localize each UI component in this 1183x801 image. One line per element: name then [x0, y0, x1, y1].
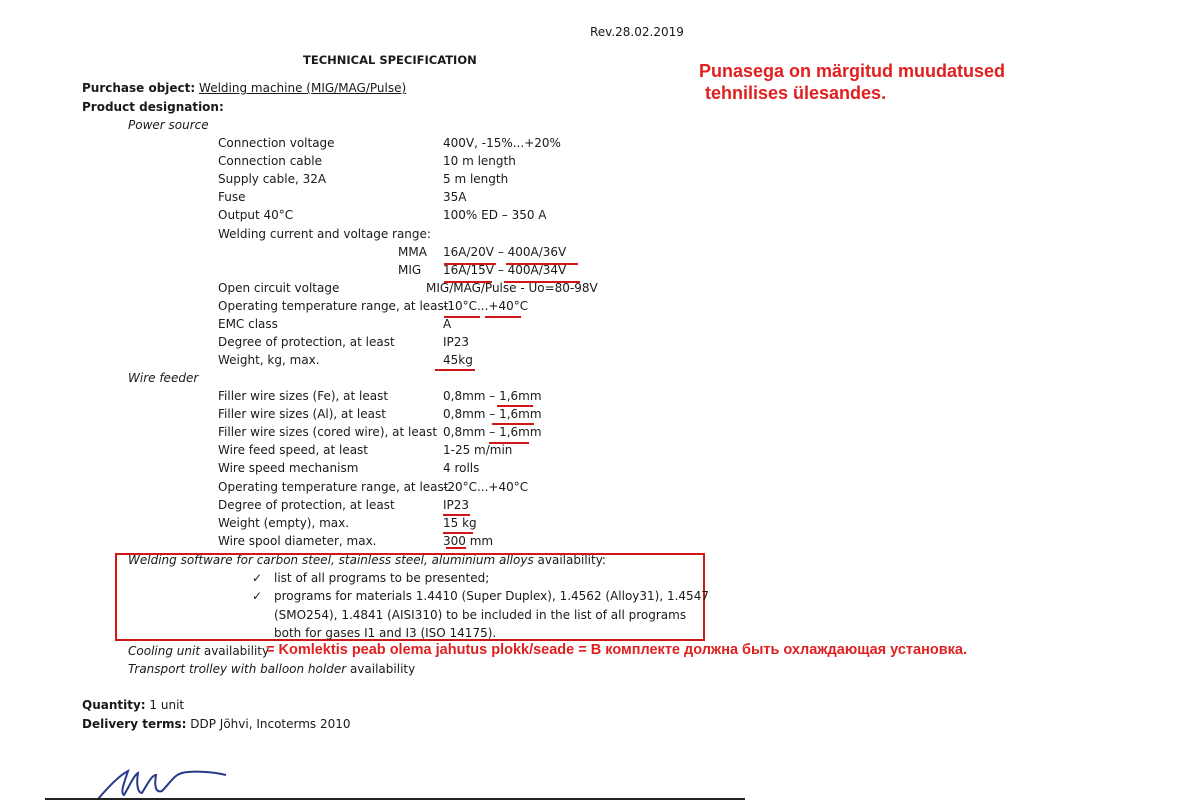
- change-underline: [485, 316, 521, 318]
- annotation-note-line2: tehnilises ülesandes.: [699, 82, 1005, 104]
- purchase-object-value: Welding machine (MIG/MAG/Pulse): [199, 81, 406, 95]
- check-icon: ✓: [252, 589, 262, 603]
- range-mode: MIG: [398, 263, 421, 277]
- spec-label: Connection voltage: [218, 136, 335, 150]
- software-item-1: list of all programs to be presented;: [274, 571, 489, 585]
- spec-label: Wire spool diameter, max.: [218, 534, 377, 548]
- purchase-object-label: Purchase object:: [82, 81, 195, 95]
- purchase-object: Purchase object: Welding machine (MIG/MA…: [82, 81, 406, 95]
- cooling-unit-italic: Cooling unit: [128, 644, 200, 658]
- check-icon: ✓: [252, 571, 262, 585]
- annotation-note-line1: Punasega on märgitud muudatused: [699, 60, 1005, 82]
- change-underline: [435, 369, 475, 371]
- cooling-unit: Cooling unit availability: [128, 644, 269, 658]
- spec-value: -20°C...+40°C: [443, 480, 528, 494]
- spec-value: IP23: [443, 335, 469, 349]
- spec-label: Operating temperature range, at least: [218, 480, 448, 494]
- transport-trolley-suffix: availability: [346, 662, 415, 676]
- signature: [90, 765, 240, 801]
- change-underline: [489, 442, 529, 444]
- quantity-value: 1 unit: [146, 698, 185, 712]
- spec-label: Weight, kg, max.: [218, 353, 320, 367]
- spec-label: Output 40°C: [218, 208, 293, 222]
- wire-feeder-heading: Wire feeder: [128, 371, 198, 385]
- range-mode: MMA: [398, 245, 427, 259]
- change-underline: [444, 281, 492, 283]
- change-underline: [506, 263, 578, 265]
- cooling-unit-note: = Komlektis peab olema jahutus plokk/sea…: [266, 642, 967, 658]
- software-item-2-line2: (SMO254), 1.4841 (AISI310) to be include…: [274, 608, 686, 622]
- spec-label: Weight (empty), max.: [218, 516, 349, 530]
- delivery-terms-label: Delivery terms:: [82, 717, 186, 731]
- revision-date: Rev.28.02.2019: [590, 25, 684, 39]
- spec-label: Wire speed mechanism: [218, 461, 358, 475]
- spec-value: 400V, -15%...+20%: [443, 136, 561, 150]
- power-source-heading: Power source: [128, 118, 209, 132]
- spec-value: 35A: [443, 190, 466, 204]
- spec-label: Wire feed speed, at least: [218, 443, 368, 457]
- quantity: Quantity: 1 unit: [82, 698, 184, 712]
- spec-label: Filler wire sizes (cored wire), at least: [218, 425, 437, 439]
- spec-value: 45kg: [443, 353, 473, 367]
- spec-label: Operating temperature range, at least: [218, 299, 448, 313]
- quantity-label: Quantity:: [82, 698, 146, 712]
- spec-value: 15 kg: [443, 516, 477, 530]
- spec-value: 0,8mm – 1,6mm: [443, 407, 542, 421]
- spec-label: Connection cable: [218, 154, 322, 168]
- spec-label: EMC class: [218, 317, 278, 331]
- transport-trolley-italic: Transport trolley with balloon holder: [128, 662, 346, 676]
- spec-value: 300 mm: [443, 534, 493, 548]
- change-underline: [444, 263, 496, 265]
- change-underline: [492, 423, 534, 425]
- spec-value: 1-25 m/min: [443, 443, 512, 457]
- change-underline: [443, 532, 473, 534]
- delivery-terms: Delivery terms: DDP Jõhvi, Incoterms 201…: [82, 717, 351, 731]
- delivery-terms-value: DDP Jõhvi, Incoterms 2010: [186, 717, 350, 731]
- range-value: 16A/20V – 400A/36V: [443, 245, 566, 259]
- spec-value: 0,8mm – 1,6mm: [443, 425, 542, 439]
- spec-value: A: [443, 317, 451, 331]
- document-title: TECHNICAL SPECIFICATION: [303, 53, 477, 67]
- software-item-2-line1: programs for materials 1.4410 (Super Dup…: [274, 589, 709, 603]
- spec-label: Supply cable, 32A: [218, 172, 326, 186]
- signature-line: [45, 798, 745, 800]
- spec-value: 0,8mm – 1,6mm: [443, 389, 542, 403]
- change-underline: [504, 281, 580, 283]
- spec-label: Open circuit voltage: [218, 281, 339, 295]
- spec-value: 10 m length: [443, 154, 516, 168]
- annotation-note: Punasega on märgitud muudatused tehnilis…: [699, 60, 1005, 104]
- spec-value: -10°C...+40°C: [443, 299, 528, 313]
- spec-label: Filler wire sizes (Fe), at least: [218, 389, 388, 403]
- product-designation-label: Product designation:: [82, 100, 224, 114]
- spec-label: Fuse: [218, 190, 246, 204]
- spec-value: 100% ED – 350 A: [443, 208, 547, 222]
- change-underline: [497, 405, 533, 407]
- spec-label: Degree of protection, at least: [218, 498, 395, 512]
- spec-value: IP23: [443, 498, 469, 512]
- spec-value: 5 m length: [443, 172, 508, 186]
- spec-label: Filler wire sizes (Al), at least: [218, 407, 386, 421]
- transport-trolley: Transport trolley with balloon holder av…: [128, 662, 415, 676]
- cooling-unit-suffix: availability: [200, 644, 269, 658]
- change-underline: [443, 514, 470, 516]
- spec-label: Welding current and voltage range:: [218, 227, 431, 241]
- change-underline: [446, 547, 466, 549]
- change-underline: [444, 316, 480, 318]
- spec-label: Degree of protection, at least: [218, 335, 395, 349]
- software-item-2-line3: both for gases I1 and I3 (ISO 14175).: [274, 626, 496, 640]
- spec-value: 4 rolls: [443, 461, 479, 475]
